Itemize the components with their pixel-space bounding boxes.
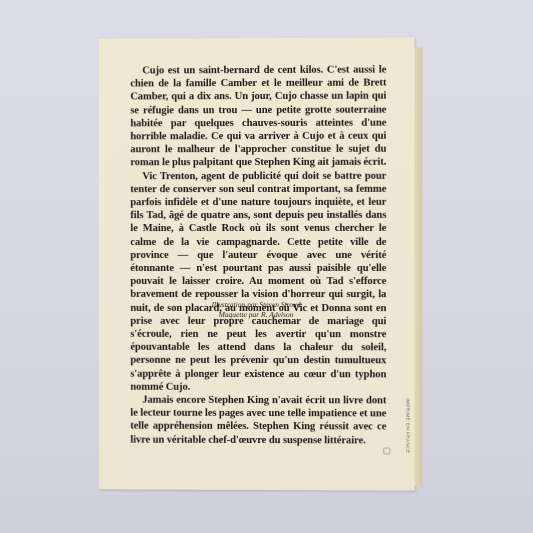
book-back-cover: Cujo est un saint-bernard de cent kilos.… xyxy=(99,37,415,490)
illustration-credit: Illustration par Steven Stroud xyxy=(99,300,415,310)
printed-mark xyxy=(383,447,390,454)
blurb-text: Cujo est un saint-bernard de cent kilos.… xyxy=(130,63,386,447)
blurb-paragraph-3: Jamais encore Stephen King n'avait écrit… xyxy=(130,394,386,448)
edge-print-code: IMPRIMÉ EN FRANCE xyxy=(405,398,410,453)
layout-credit: Maquette par R. Adelson xyxy=(99,310,415,320)
credits: Illustration par Steven Stroud Maquette … xyxy=(99,300,415,320)
blurb-paragraph-2: Vic Trenton, agent de publicité qui doit… xyxy=(130,169,386,394)
blurb-paragraph-1: Cujo est un saint-bernard de cent kilos.… xyxy=(130,63,386,169)
